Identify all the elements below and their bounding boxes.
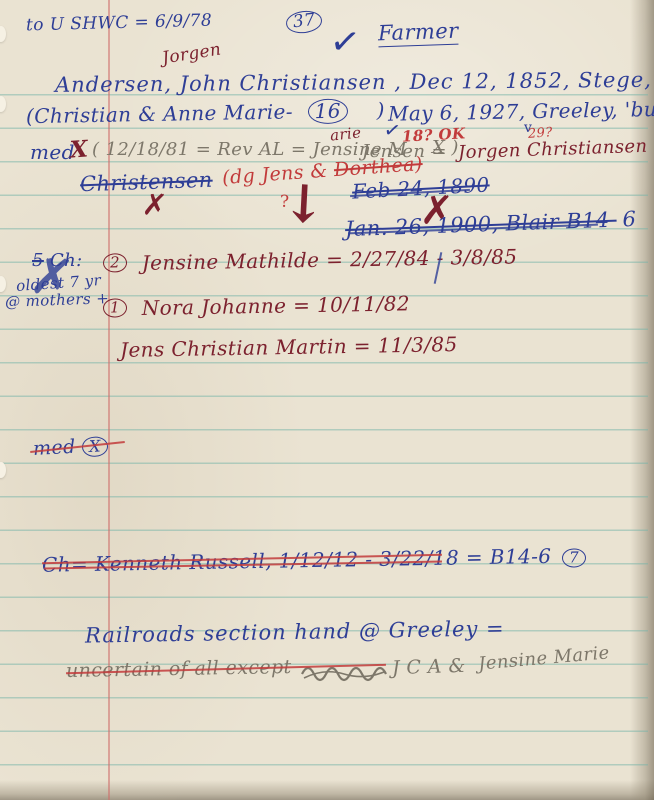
margin-cross-out: ✗ <box>26 245 78 311</box>
parents-close: ) <box>376 98 385 122</box>
struck-child-circle: 7 <box>562 548 586 568</box>
parents-text: (Christian & Anne Marie- <box>26 99 293 128</box>
entry-main-line: Andersen, John Christiansen , Dec 12, 18… <box>55 67 654 97</box>
down-arrow: ↓ <box>280 173 327 236</box>
marie-insert: arie <box>329 123 362 144</box>
cross-ref-circle: 16 <box>307 99 348 125</box>
med-x-mark: X <box>69 135 89 163</box>
death-line: May 6, 1927, Greeley, 'bur G. <box>388 96 654 125</box>
page-edge-notch <box>0 26 6 42</box>
occupation-heading: Farmer <box>378 19 459 46</box>
child-order-circle: 2 <box>103 253 127 273</box>
page-number-circle: 37 <box>285 9 324 35</box>
x-close: X ) <box>432 137 459 158</box>
date2-tail: 6 <box>622 207 637 231</box>
archive-note: to U SHWC = 6/9/78 <box>26 11 213 36</box>
cross-out-x: ✗ <box>141 187 169 224</box>
child-order-circle: 1 <box>103 298 127 318</box>
check-mark: ✓ <box>327 20 363 65</box>
page-number: 37 <box>285 9 324 35</box>
pencil-initials: J C A & <box>392 655 466 680</box>
notebook-page: to U SHWC = 6/9/78 37 ✓ Farmer Jorgen An… <box>0 0 654 800</box>
inserted-given-name: Jorgen <box>161 39 223 68</box>
med-label: med <box>30 140 75 164</box>
